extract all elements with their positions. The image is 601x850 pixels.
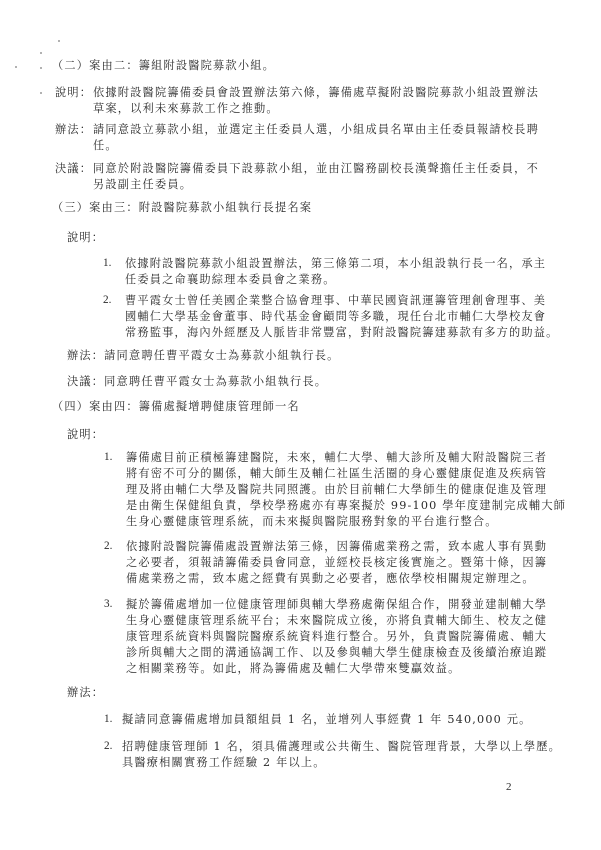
- section-4-item-3-line-5: 之相關業務等。如此，將為籌備處及輔仁大學帶來雙贏效益。: [126, 661, 460, 676]
- section-4-item-1-line-3: 理及將由輔仁大學及醫院共同照護。由於目前輔仁大學師生的健康促進及管理: [126, 482, 547, 497]
- page-number: 2: [506, 781, 512, 793]
- section-2-explain-line-1: 依據附設醫院籌備委員會設置辦法第六條，籌備處草擬附設醫院募款小組設置辦法: [93, 85, 539, 100]
- section-3-item-2-line-3: 常務監事，海內外經歷及人脈皆非常豐富，對附設醫院籌建募款有多方的助益。: [125, 325, 559, 340]
- section-3-item-1-number: 1.: [103, 256, 111, 271]
- section-4-item-3-line-2: 生身心靈健康管理系統平台；未來醫院成立後，亦將負責輔大師生、校友之健: [126, 613, 547, 628]
- section-4-method-item-2-number: 2.: [104, 739, 112, 754]
- section-4-item-3-line-3: 康管理系統資料與醫院醫療系統資料進行整合。另外，負責醫院籌備處、輔大: [126, 629, 547, 644]
- section-4-item-1-number: 1.: [104, 450, 112, 465]
- section-4-method-item-2-line-2: 具醫療相關實務工作經驗 2 年以上。: [122, 755, 326, 770]
- section-3-method: 辦法：請同意聘任曹平霞女士為募款小組執行長。: [67, 348, 340, 363]
- scan-speck: [40, 92, 42, 94]
- section-4-item-1-line-2: 將有密不可分的關係，輔大師生及輔仁社區生活圈的身心靈健康促進及疾病管: [126, 466, 547, 481]
- section-4-item-3-number: 3.: [104, 597, 112, 612]
- section-4-heading: （四）案由四：籌備處擬增聘健康管理師一名: [52, 399, 300, 414]
- section-4-method-label: 辦法：: [67, 685, 104, 700]
- section-4-item-2-line-2: 之必要者，須報請籌備委員會同意，並經校長核定後實施之。暨第十條，因籌: [126, 555, 547, 570]
- section-3-item-2-line-1: 曹平霞女士曾任美國企業整合協會理事、中華民國資訊運籌管理創會理事、美: [125, 293, 546, 308]
- section-2-method-label: 辦法：: [55, 122, 92, 137]
- scan-speck: [40, 67, 42, 69]
- section-4-item-1-line-1: 籌備處目前正積極籌建醫院，未來，輔仁大學、輔大診所及輔大附設醫院三者: [126, 450, 547, 465]
- document-page: （二）案由二：籌組附設醫院募款小組。 說明： 依據附設醫院籌備委員會設置辦法第六…: [0, 0, 601, 850]
- section-4-explain-label: 說明：: [67, 427, 104, 442]
- section-2-resolution-label: 決議：: [55, 161, 92, 176]
- scan-speck: [15, 66, 17, 68]
- section-2-method-line-1: 請同意設立募款小組，並選定主任委員人選，小組成員名單由主任委員報請校長聘: [93, 122, 539, 137]
- section-4-item-1-line-5: 生身心靈健康管理系統，而未來擬與醫院服務對象的平台進行整合。: [126, 514, 498, 529]
- section-3-item-1-line-1: 依據附設醫院募款小組設置辦法，第三條第二項，本小組設執行長一名，承主: [125, 256, 546, 271]
- section-4-item-3-line-4: 診所與輔大之間的溝通協調工作、以及參與輔大學生健康檢查及後續治療追蹤: [126, 645, 547, 660]
- section-2-resolution-line-2: 另設副主任委員。: [93, 177, 192, 192]
- section-2-method-line-2: 任。: [93, 138, 118, 153]
- section-4-method-item-1-line-1: 擬請同意籌備處增加員額組員 1 名，並增列人事經費 1 年 540,000 元。: [122, 712, 532, 727]
- section-2-heading: （二）案由二：籌組附設醫院募款小組。: [52, 58, 275, 73]
- section-3-item-1-line-2: 任委員之命襄助綜理本委員會之業務。: [125, 272, 336, 287]
- scan-speck: [40, 52, 42, 54]
- section-3-item-2-line-2: 國輔仁大學基金會董事、時代基金會顧問等多職，現任台北市輔仁大學校友會: [125, 309, 546, 324]
- section-3-explain-label: 說明：: [67, 230, 104, 245]
- section-4-method-item-2-line-1: 招聘健康管理師 1 名，須具備護理或公共衛生、醫院管理背景，大學以上學歷。: [122, 739, 561, 754]
- section-4-item-2-line-1: 依據附設醫院籌備處設置辦法第三條，因籌備處業務之需，致本處人事有異動: [126, 539, 547, 554]
- section-4-item-1-line-4: 是由衛生保健組負責，學校學務處亦有專案擬於 99-100 學年度建制完成輔大師: [126, 498, 566, 513]
- scan-speck: [58, 40, 60, 42]
- section-3-heading: （三）案由三：附設醫院募款小組執行長提名案: [52, 200, 312, 215]
- section-3-item-2-number: 2.: [103, 293, 111, 308]
- section-2-explain-label: 說明：: [55, 85, 92, 100]
- section-3-resolution: 決議：同意聘任曹平霞女士為募款小組執行長。: [67, 374, 327, 389]
- section-4-item-3-line-1: 擬於籌備處增加一位健康管理師與輔大學務處衛保組合作，開發並建制輔大學: [126, 597, 547, 612]
- section-4-item-2-line-3: 備處業務之需，致本處之經費有異動之必要者，應依學校相關規定辦理之。: [126, 571, 535, 586]
- section-4-item-2-number: 2.: [104, 539, 112, 554]
- section-4-method-item-1-number: 1.: [104, 712, 112, 727]
- section-2-explain-line-2: 草案，以利未來募款工作之推動。: [93, 101, 279, 116]
- section-2-resolution-line-1: 同意於附設醫院籌備委員下設募款小組，並由江醫務副校長漢聲擔任主任委員，不: [93, 161, 539, 176]
